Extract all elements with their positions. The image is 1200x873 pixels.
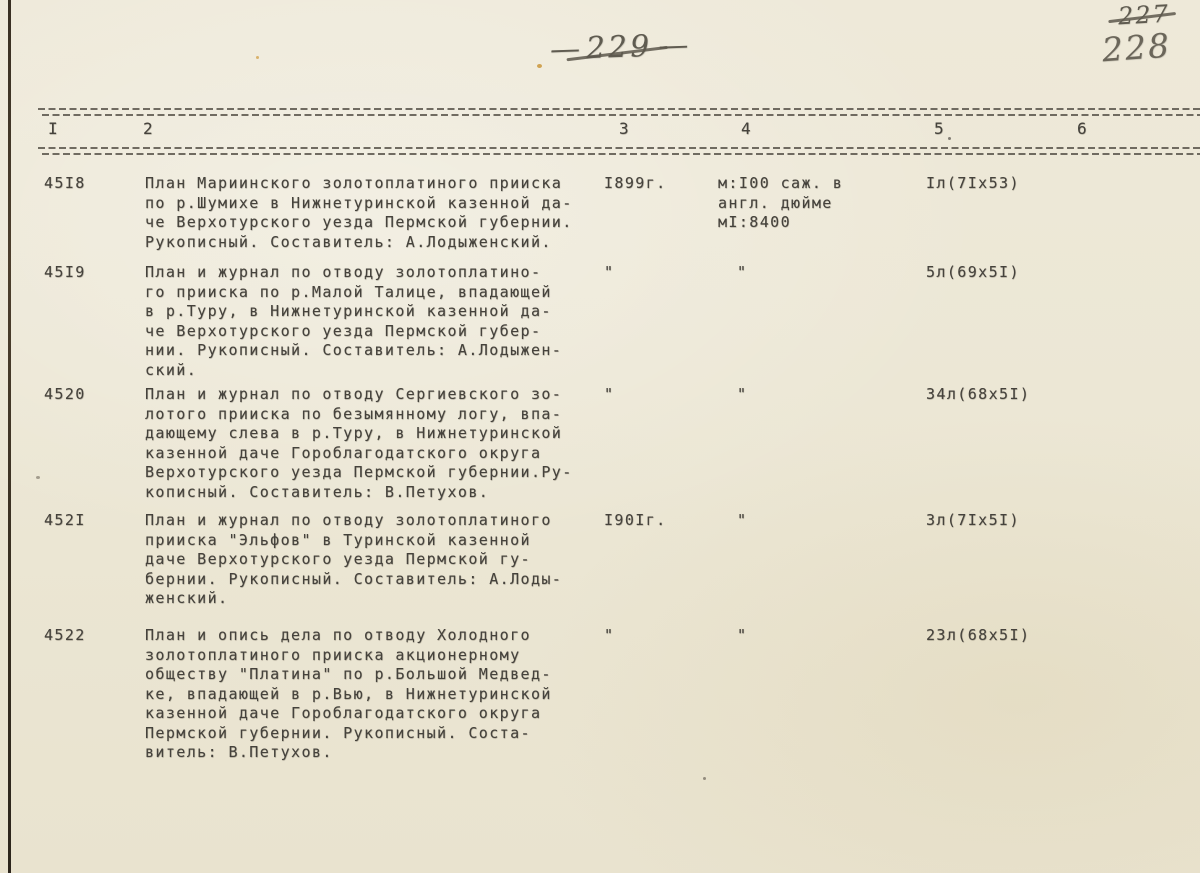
entry-number: 45I9 <box>44 263 86 283</box>
entry-scale-ditto: " <box>737 263 912 283</box>
paper-speck <box>948 137 951 140</box>
entry-number: 45I8 <box>44 174 86 194</box>
entry-number: 452I <box>44 511 86 531</box>
table-header-rule-top <box>38 108 1200 116</box>
entry-description: План и журнал по отводу Сергиевского зо-… <box>145 385 607 502</box>
document-scan-page: —229— 227 228 I 2 3 4 5 6 45I8 План Мари… <box>0 0 1200 873</box>
column-header-6: 6 <box>1077 119 1088 138</box>
column-header-1: I <box>48 119 59 138</box>
column-header-2: 2 <box>143 119 154 138</box>
entry-year-ditto: " <box>604 263 714 283</box>
entry-scale-ditto: " <box>737 511 912 531</box>
entry-number: 4522 <box>44 626 86 646</box>
dash-left: — <box>549 31 580 67</box>
entry-scale-ditto: " <box>737 626 912 646</box>
entry-extent: 34л(68х5I) <box>926 385 1106 405</box>
entry-description: План и опись дела по отводу Холодного зо… <box>145 626 607 763</box>
entry-description: План Мариинского золотоплатиного прииска… <box>145 174 607 252</box>
binding-shadow-line <box>8 0 11 873</box>
paper-speck <box>256 56 259 59</box>
book-binding-edge <box>0 0 22 873</box>
entry-year: I90Iг. <box>604 511 714 531</box>
handwritten-page-number-center: —229— <box>549 28 688 68</box>
paper-speck <box>537 64 542 68</box>
paper-speck <box>36 476 40 479</box>
entry-year-ditto: " <box>604 385 714 405</box>
entry-number: 4520 <box>44 385 86 405</box>
entry-year-ditto: " <box>604 626 714 646</box>
entry-year: I899г. <box>604 174 714 194</box>
entry-extent: 3л(7Iх5I) <box>926 511 1106 531</box>
entry-scale: м:I00 саж. в англ. дюйме мI:8400 <box>718 174 893 233</box>
entry-extent: 23л(68х5I) <box>926 626 1106 646</box>
paper-speck <box>703 777 706 780</box>
entry-extent: 5л(69х5I) <box>926 263 1106 283</box>
struck-page-number-229: 229 <box>585 29 652 66</box>
column-header-4: 4 <box>741 119 752 138</box>
entry-extent: Iл(7Iх53) <box>926 174 1106 194</box>
entry-description: План и журнал по отводу золотоплатиного … <box>145 511 607 609</box>
handwritten-page-number-current: 228 <box>1101 26 1173 70</box>
entry-scale-ditto: " <box>737 385 912 405</box>
column-header-5: 5 <box>934 119 945 138</box>
entry-description: План и журнал по отводу золотоплатино- г… <box>145 263 607 380</box>
table-header-rule-bottom <box>38 147 1200 155</box>
column-header-3: 3 <box>619 119 630 138</box>
